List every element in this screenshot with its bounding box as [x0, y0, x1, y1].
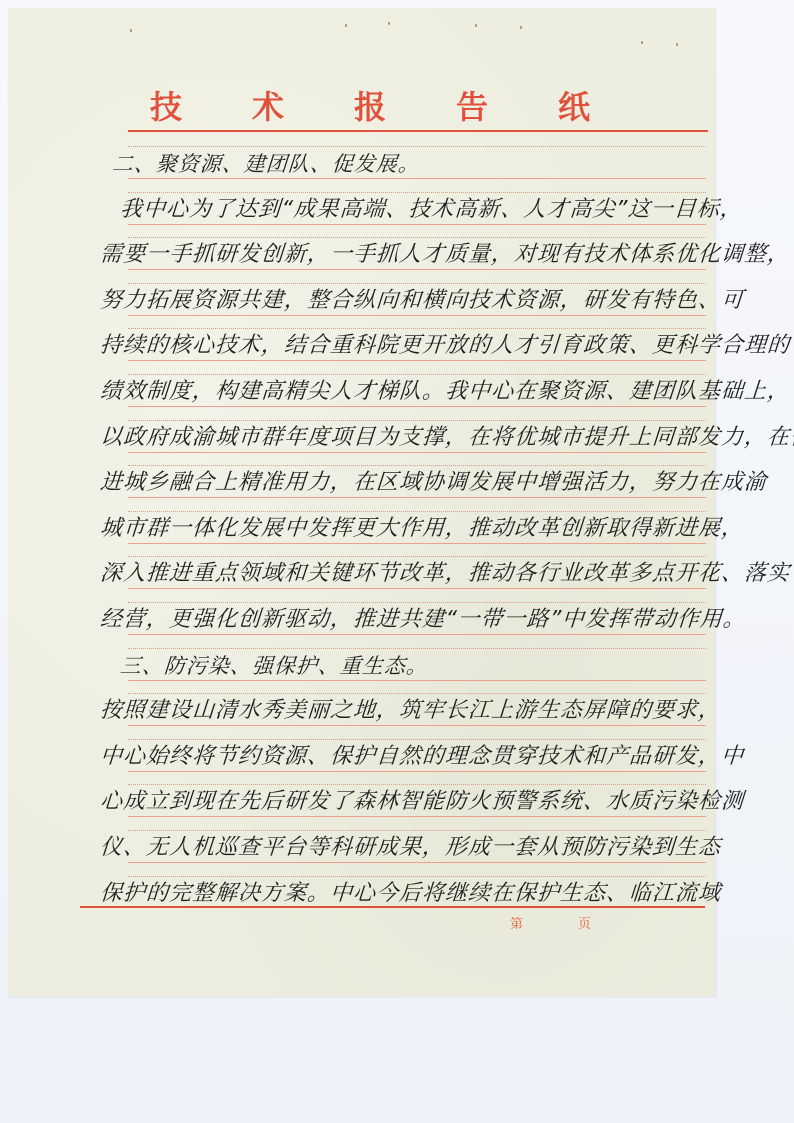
section-heading-line: 三、防污染、强保护、重生态。 — [99, 652, 721, 680]
handwritten-line: 城市群一体化发展中发挥更大作用，推动改革创新取得新进展， — [99, 515, 701, 543]
paper-speck — [676, 43, 678, 46]
paper-speck — [641, 41, 643, 44]
handwritten-line: 中心始终将节约资源、保护自然的理念贯穿技术和产品研发，中 — [99, 743, 701, 771]
dotted-rule — [128, 511, 706, 512]
handwritten-line: 仪、无人机巡查平台等科研成果，形成一套从预防污染到生态 — [99, 834, 701, 862]
paper-title-char: 报 — [354, 82, 386, 128]
dotted-rule — [128, 146, 706, 147]
dotted-rule — [128, 374, 706, 375]
handwritten-line: 以政府成渝城市群年度项目为支撑，在将优城市提升上同部发力，在促 — [99, 424, 701, 452]
dotted-rule — [128, 648, 706, 649]
handwritten-line: 我中心为了达到“成果高端、技术高新、人才高尖”这一目标， — [99, 196, 721, 224]
title-underline — [128, 130, 708, 132]
handwritten-line: 按照建设山清水秀美丽之地，筑牢长江上游生态屏障的要求， — [99, 697, 701, 725]
page-number-suffix: 页 — [578, 913, 591, 932]
handwritten-line: 经营，更强化创新驱动，推进共建“一带一路”中发挥带动作用。 — [99, 606, 701, 634]
paper-speck — [388, 22, 390, 25]
solid-rule — [128, 360, 706, 361]
dotted-rule — [128, 420, 706, 421]
dotted-rule — [128, 237, 706, 238]
dotted-rule — [128, 693, 706, 694]
dotted-rule — [128, 283, 706, 284]
solid-rule — [128, 816, 706, 817]
handwritten-line: 深入推进重点领域和关键环节改革，推动各行业改革多点开花、落实 — [99, 560, 701, 588]
solid-rule — [128, 862, 706, 863]
handwritten-line: 绩效制度，构建高精尖人才梯队。我中心在聚资源、建团队基础上， — [99, 378, 701, 406]
page-number-prefix: 第 — [510, 913, 523, 932]
solid-rule — [128, 178, 706, 179]
solid-rule — [128, 634, 706, 635]
handwritten-line: 持续的核心技术，结合重科院更开放的人才引育政策、更科学合理的 — [99, 332, 701, 360]
paper-speck — [475, 24, 477, 27]
paper-title-char: 告 — [456, 82, 488, 128]
handwritten-line: 心成立到现在先后研发了森林智能防火预警系统、水质污染检测 — [99, 788, 701, 816]
dotted-rule — [128, 830, 706, 831]
solid-rule — [128, 725, 706, 726]
dotted-rule — [128, 465, 706, 466]
dotted-rule — [128, 192, 706, 193]
section-heading-line: 二、聚资源、建团队、促发展。 — [99, 150, 713, 178]
paper-title: 技 术 报 告 纸 — [150, 82, 590, 128]
solid-rule — [128, 406, 706, 407]
paper-title-char: 术 — [252, 82, 284, 128]
handwritten-line: 保护的完整解决方案。中心今后将继续在保护生态、临江流域 — [99, 880, 701, 908]
dotted-rule — [128, 328, 706, 329]
dotted-rule — [128, 739, 706, 740]
handwritten-line: 需要一手抓研发创新，一手抓人才质量，对现有技术体系优化调整， — [99, 241, 701, 269]
paper-title-char: 纸 — [558, 82, 590, 128]
dotted-rule — [128, 876, 706, 877]
paper-speck — [520, 26, 522, 29]
paper-speck — [130, 29, 132, 32]
bottom-rule — [80, 906, 705, 908]
handwritten-line: 进城乡融合上精准用力，在区域协调发展中增强活力，努力在成渝 — [99, 469, 701, 497]
solid-rule — [128, 269, 706, 270]
paper-title-char: 技 — [150, 82, 182, 128]
dotted-rule — [128, 556, 706, 557]
handwritten-line: 努力拓展资源共建，整合纵向和横向技术资源，研发有特色、可 — [99, 287, 701, 315]
paper-speck — [345, 24, 347, 27]
dotted-rule — [128, 784, 706, 785]
solid-rule — [128, 588, 706, 589]
solid-rule — [128, 497, 706, 498]
dotted-rule — [128, 602, 706, 603]
